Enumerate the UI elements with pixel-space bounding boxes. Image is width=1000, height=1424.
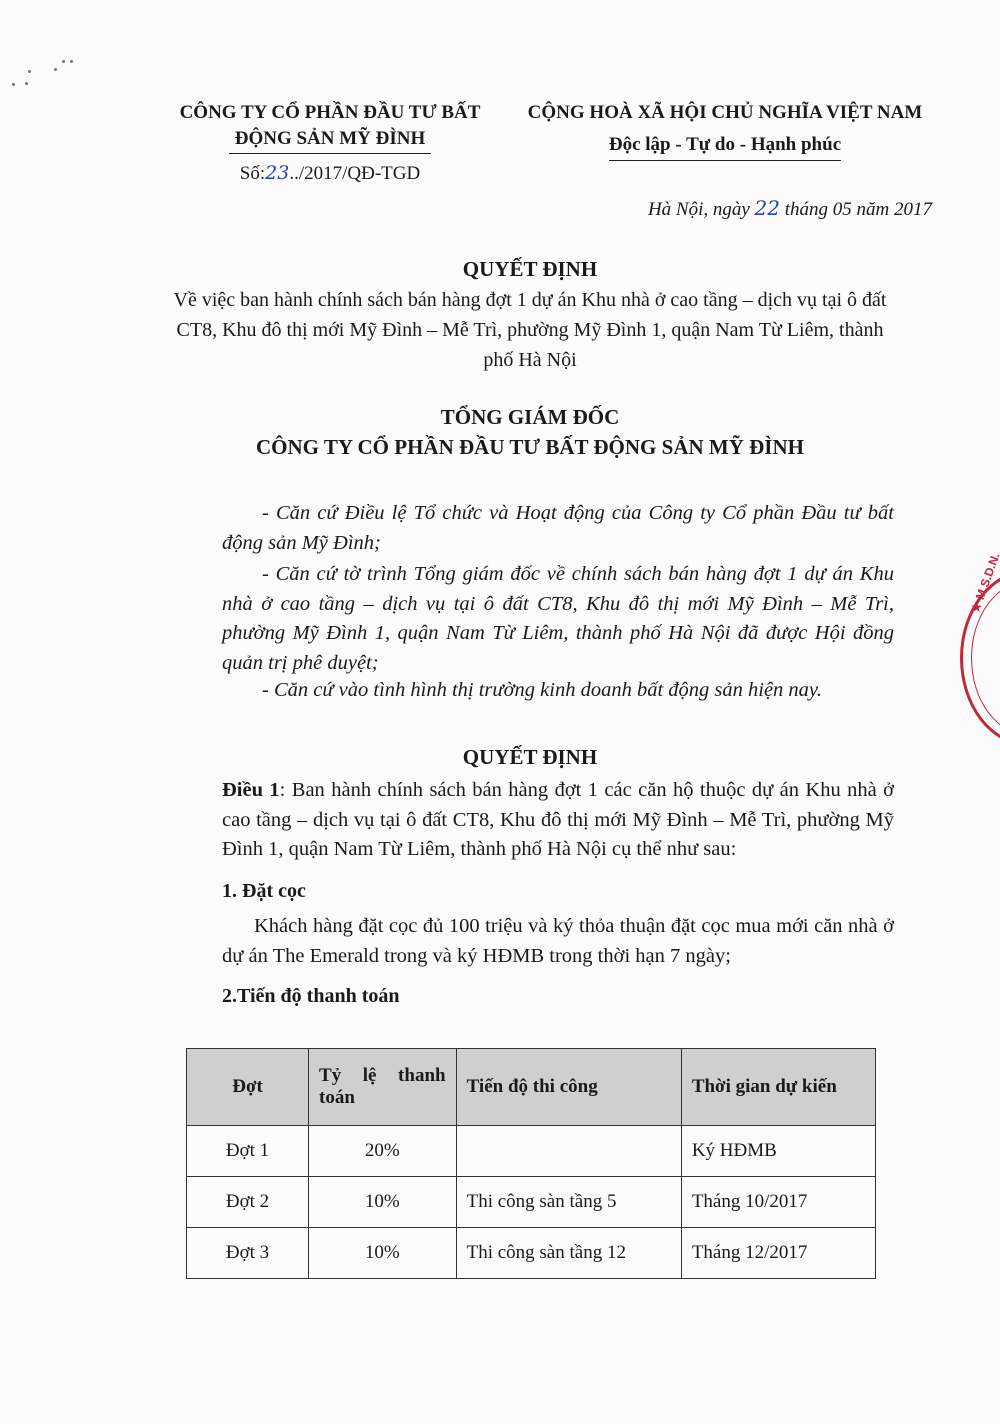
scan-speck (70, 60, 73, 63)
decision-heading: QUYẾT ĐỊNH (160, 745, 900, 770)
legal-basis-3: - Căn cứ vào tình hình thị trường kinh d… (222, 676, 894, 706)
legal-basis-1: - Căn cứ Điều lệ Tổ chức và Hoạt động củ… (222, 499, 894, 558)
scan-speck (62, 60, 65, 63)
document-title: QUYẾT ĐỊNH (160, 257, 900, 282)
section-deposit-body: Khách hàng đặt cọc đủ 100 triệu và ký th… (222, 912, 894, 971)
col-header-payment-rate: Tỷ lệ thanh toán (309, 1049, 457, 1126)
table-header-row: Đợt Tỷ lệ thanh toán Tiến độ thi công Th… (187, 1049, 876, 1126)
scan-speck (12, 83, 15, 86)
place-date: Hà Nội, ngày 22 tháng 05 năm 2017 (500, 196, 932, 221)
article-1: Điều 1: Ban hành chính sách bán hàng đợt… (222, 776, 894, 865)
col-header-construction-progress: Tiến độ thi công (456, 1049, 681, 1126)
issuer-block: CÔNG TY CỔ PHẦN ĐẦU TƯ BẤT ĐỘNG SẢN MỸ Đ… (160, 100, 500, 187)
issuer-name-line2: ĐỘNG SẢN MỸ ĐÌNH (229, 126, 432, 154)
legal-basis-2: - Căn cứ tờ trình Tổng giám đốc về chính… (222, 560, 894, 678)
col-header-installment: Đợt (187, 1049, 309, 1126)
document-number: Số:23../2017/QĐ-TGD (160, 160, 500, 187)
document-subject: Về việc ban hành chính sách bán hàng đợt… (170, 285, 890, 375)
authority-company: CÔNG TY CỔ PHẦN ĐẦU TƯ BẤT ĐỘNG SẢN MỸ Đ… (160, 435, 900, 460)
handwritten-number: 23 (265, 162, 289, 184)
table-row: Đợt 1 20% Ký HĐMB (187, 1126, 876, 1177)
section-payment-title: 2.Tiến độ thanh toán (222, 985, 399, 1008)
authority-title: TỔNG GIÁM ĐỐC (160, 405, 900, 430)
issuer-name-line1: CÔNG TY CỔ PHẦN ĐẦU TƯ BẤT (160, 100, 500, 126)
table-row: Đợt 2 10% Thi công sàn tầng 5 Tháng 10/2… (187, 1177, 876, 1228)
nation-name: CỘNG HOÀ XÃ HỘI CHỦ NGHĨA VIỆT NAM (515, 100, 935, 126)
payment-schedule-table: Đợt Tỷ lệ thanh toán Tiến độ thi công Th… (186, 1048, 876, 1279)
scan-speck (54, 68, 57, 71)
col-header-expected-time: Thời gian dự kiến (681, 1049, 875, 1126)
scan-speck (28, 70, 31, 73)
table-row: Đợt 3 10% Thi công sàn tầng 12 Tháng 12/… (187, 1228, 876, 1279)
section-deposit-title: 1. Đặt cọc (222, 880, 306, 903)
article-1-label: Điều 1 (222, 779, 280, 801)
national-motto: Độc lập - Tự do - Hạnh phúc (609, 132, 841, 161)
national-header: CỘNG HOÀ XÃ HỘI CHỦ NGHĨA VIỆT NAM Độc l… (515, 100, 935, 161)
handwritten-day: 22 (755, 196, 780, 220)
scan-speck (25, 82, 28, 85)
